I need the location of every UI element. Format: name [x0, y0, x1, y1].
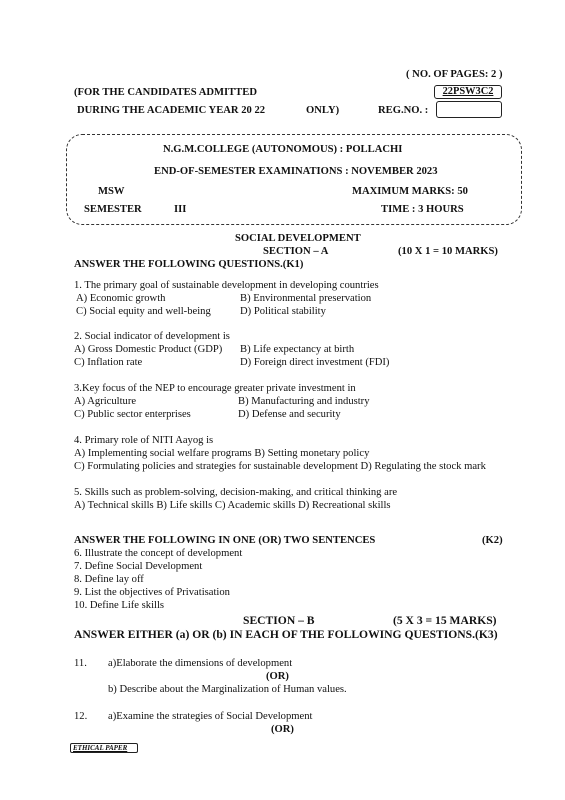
short-question-10: 10. Define Life skills: [74, 599, 164, 612]
admitted-only: ONLY): [306, 104, 339, 117]
section-a-title: SECTION – A: [263, 245, 328, 258]
section-a-marks: (10 X 1 = 10 MARKS): [398, 245, 498, 258]
mcq-1-option-a: A) Economic growth: [76, 292, 165, 305]
admitted-line-1: (FOR THE CANDIDATES ADMITTED: [74, 86, 257, 99]
mcq-3-option-d: D) Defense and security: [238, 408, 341, 421]
mcq-3-option-c: C) Public sector enterprises: [74, 408, 191, 421]
reg-no-field[interactable]: [436, 101, 502, 118]
mcq-2-option-d: D) Foreign direct investment (FDI): [240, 356, 389, 369]
admitted-line-2: DURING THE ACADEMIC YEAR 20 22: [77, 104, 265, 117]
page-count: ( NO. OF PAGES: 2 ): [406, 68, 503, 81]
section-b-instruction: ANSWER EITHER (a) OR (b) IN EACH OF THE …: [74, 628, 498, 642]
semester-value: III: [174, 203, 186, 216]
section-a-instruction: ANSWER THE FOLLOWING QUESTIONS.(K1): [74, 258, 303, 271]
short-question-9: 9. List the objectives of Privatisation: [74, 586, 230, 599]
question-11-number: 11.: [74, 657, 87, 670]
mcq-1-option-b: B) Environmental preservation: [240, 292, 371, 305]
question-11-a: a)Elaborate the dimensions of developmen…: [108, 657, 292, 670]
ethical-paper-badge: ETHICAL PAPER: [70, 743, 138, 753]
short-answer-instruction: ANSWER THE FOLLOWING IN ONE (OR) TWO SEN…: [74, 534, 375, 547]
question-12-or: (OR): [271, 723, 294, 736]
question-12-number: 12.: [74, 710, 87, 723]
max-marks: MAXIMUM MARKS: 50: [352, 185, 468, 198]
mcq-3-option-b: B) Manufacturing and industry: [238, 395, 370, 408]
mcq-4-options-line-1: A) Implementing social welfare programs …: [74, 447, 369, 460]
short-answer-level: (K2): [482, 534, 503, 547]
course-code-badge: 22PSW3C2: [434, 85, 502, 99]
mcq-5-options-line-1: A) Technical skills B) Life skills C) Ac…: [74, 499, 391, 512]
question-11-b: b) Describe about the Marginalization of…: [108, 683, 347, 696]
mcq-question-5: 5. Skills such as problem-solving, decis…: [74, 486, 397, 499]
mcq-question-4: 4. Primary role of NITI Aayog is: [74, 434, 213, 447]
program: MSW: [98, 185, 124, 198]
section-b-title: SECTION – B: [243, 614, 315, 628]
short-question-8: 8. Define lay off: [74, 573, 144, 586]
short-question-6: 6. Illustrate the concept of development: [74, 547, 242, 560]
subject-title: SOCIAL DEVELOPMENT: [235, 232, 361, 245]
mcq-question-1: 1. The primary goal of sustainable devel…: [74, 279, 379, 292]
section-b-marks: (5 X 3 = 15 MARKS): [393, 614, 497, 628]
mcq-2-option-b: B) Life expectancy at birth: [240, 343, 354, 356]
college-name: N.G.M.COLLEGE (AUTONOMOUS) : POLLACHI: [163, 143, 402, 156]
short-question-7: 7. Define Social Development: [74, 560, 202, 573]
exam-time: TIME : 3 HOURS: [381, 203, 464, 216]
question-12-a: a)Examine the strategies of Social Devel…: [108, 710, 312, 723]
question-11-or: (OR): [266, 670, 289, 683]
mcq-1-option-d: D) Political stability: [240, 305, 326, 318]
mcq-question-3: 3.Key focus of the NEP to encourage grea…: [74, 382, 356, 395]
mcq-1-option-c: C) Social equity and well-being: [76, 305, 211, 318]
exam-title: END-OF-SEMESTER EXAMINATIONS : NOVEMBER …: [154, 165, 438, 178]
mcq-2-option-c: C) Inflation rate: [74, 356, 142, 369]
mcq-4-options-line-2: C) Formulating policies and strategies f…: [74, 460, 486, 473]
reg-no-label: REG.NO. :: [378, 104, 428, 117]
mcq-question-2: 2. Social indicator of development is: [74, 330, 230, 343]
mcq-3-option-a: A) Agriculture: [74, 395, 136, 408]
mcq-2-option-a: A) Gross Domestic Product (GDP): [74, 343, 222, 356]
semester-label: SEMESTER: [84, 203, 142, 216]
